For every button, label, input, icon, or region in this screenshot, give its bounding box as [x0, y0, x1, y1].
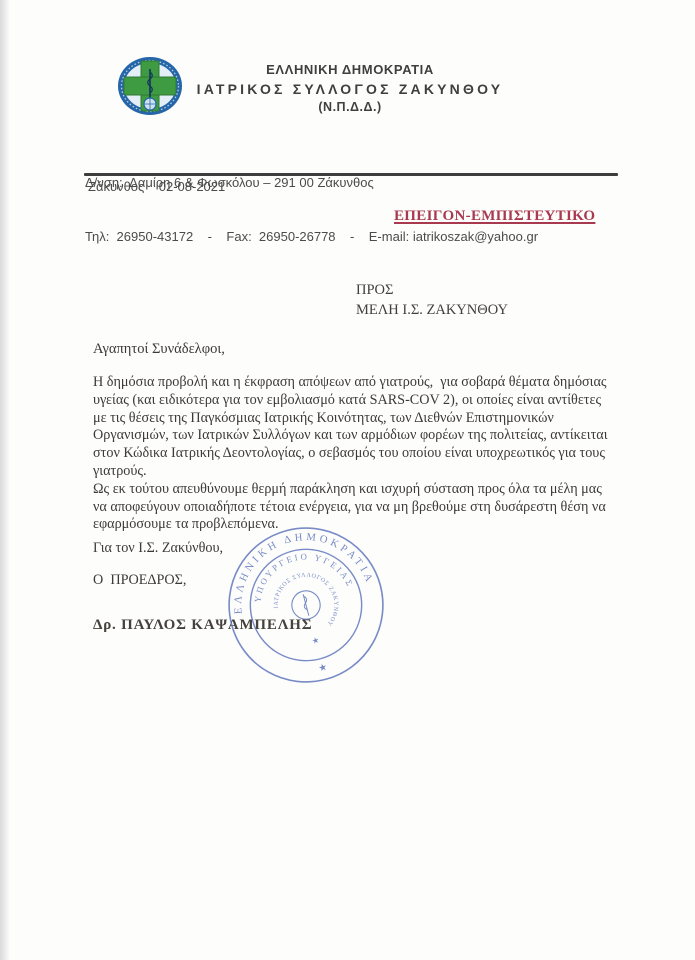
- recipient-value: ΜΕΛΗ Ι.Σ. ΖΑΚΥΝΘΟΥ: [356, 300, 508, 320]
- letterhead-republic: ΕΛΛΗΝΙΚΗ ΔΗΜΟΚΡΑΤΙΑ: [85, 62, 615, 77]
- letterhead-organization: ΙΑΤΡΙΚΟΣ ΣΥΛΛΟΓΟΣ ΖΑΚΥΝΘΟΥ: [85, 81, 615, 97]
- letterhead-phone-fax-email-line: Τηλ: 26950-43172 - Fax: 26950-26778 - E-…: [85, 228, 625, 246]
- scanned-letter-page: ΕΛΛΗΝΙΚΗ ΔΗΜΟΚΡΑΤΙΑ ΙΑΤΡΙΚΟΣ ΣΥΛΛΟΓΟΣ ΖΑ…: [0, 0, 695, 960]
- recipient-label: ΠΡΟΣ: [356, 280, 508, 300]
- salutation: Αγαπητοί Συνάδελφοι,: [93, 341, 225, 358]
- letterhead-divider: [84, 173, 618, 176]
- classification-label: ΕΠΕΙΓΟΝ-ΕΜΠΙΣΤΕΥΤΙΚΟ: [394, 208, 595, 225]
- letterhead: ΕΛΛΗΝΙΚΗ ΔΗΜΟΚΡΑΤΙΑ ΙΑΤΡΙΚΟΣ ΣΥΛΛΟΓΟΣ ΖΑ…: [85, 62, 615, 114]
- stamp-inner-star: ★: [311, 635, 320, 646]
- body-paragraph-1: Η δημόσια προβολή και η έκφραση απόψεων …: [93, 374, 614, 481]
- letterhead-legal-form: (Ν.Π.Δ.Δ.): [85, 100, 615, 114]
- recipient-block: ΠΡΟΣ ΜΕΛΗ Ι.Σ. ΖΑΚΥΝΘΟΥ: [356, 280, 508, 320]
- closing-signer-title: Ο ΠΡΟΕΔΡΟΣ,: [93, 572, 186, 589]
- stamp-outer-star: ★: [317, 662, 329, 675]
- scan-edge-shadow: [0, 0, 9, 960]
- place-and-date: Ζάκυνθος 02-08-2021: [88, 179, 225, 194]
